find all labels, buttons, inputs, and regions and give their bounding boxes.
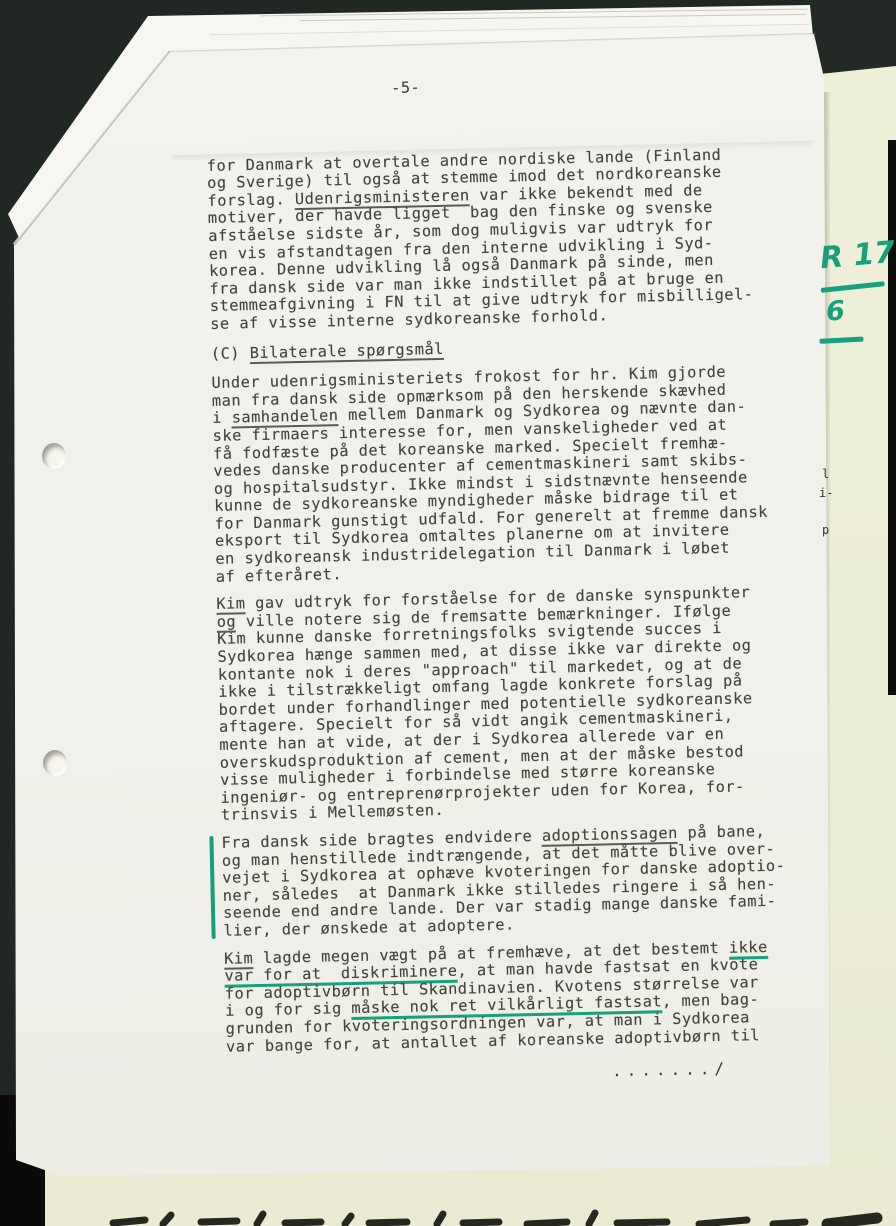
scan-edge-black [888,140,896,695]
typed-underline: Bilaterale spørgsmål [250,339,445,363]
scanned-document-photo: { "colors": { "background_dark": "#21272… [0,0,896,1226]
paragraph: Kim lagde megen vægt på at fremhæve, at … [224,937,818,1055]
handwriting-scribbles [105,1202,891,1226]
paragraph: Fra dansk side bragtes endvidere adoptio… [221,822,815,940]
punch-hole-top [42,443,66,469]
text-line: (C) Bilaterale spørgsmål [211,333,803,364]
text-segment: trinsvis i Mellemøsten. [221,801,445,824]
margin-note-r17: R 17 [819,235,896,276]
continuation-mark: ......./ [612,1059,729,1080]
edge-text-fragment: p [822,524,829,536]
text-segment: i [212,409,232,427]
typewritten-text: -5- for Danmark at overtale andre nordis… [205,71,818,1066]
margin-note-6: 6 [825,296,845,328]
paragraph: Kim gav udtryk for forståelse for de dan… [216,583,813,825]
text-segment: (C) [211,344,250,363]
scribble-marks-svg [105,1202,891,1226]
document-body: for Danmark at overtale andre nordiske l… [207,145,818,1056]
margin-note-text: R 17 [819,235,896,276]
section-heading: (C) Bilaterale spørgsmål [211,333,803,364]
paragraph: Under udenrigsministeriets frokost for h… [211,362,807,586]
punch-hole-bottom [43,750,67,776]
margin-note-text: 6 [825,296,845,328]
paragraph: for Danmark at overtale andre nordiske l… [207,145,803,334]
text-segment: af efteråret. [216,565,343,586]
edge-text-fragment: l [822,468,829,480]
edge-text-fragment: i- [819,487,833,499]
